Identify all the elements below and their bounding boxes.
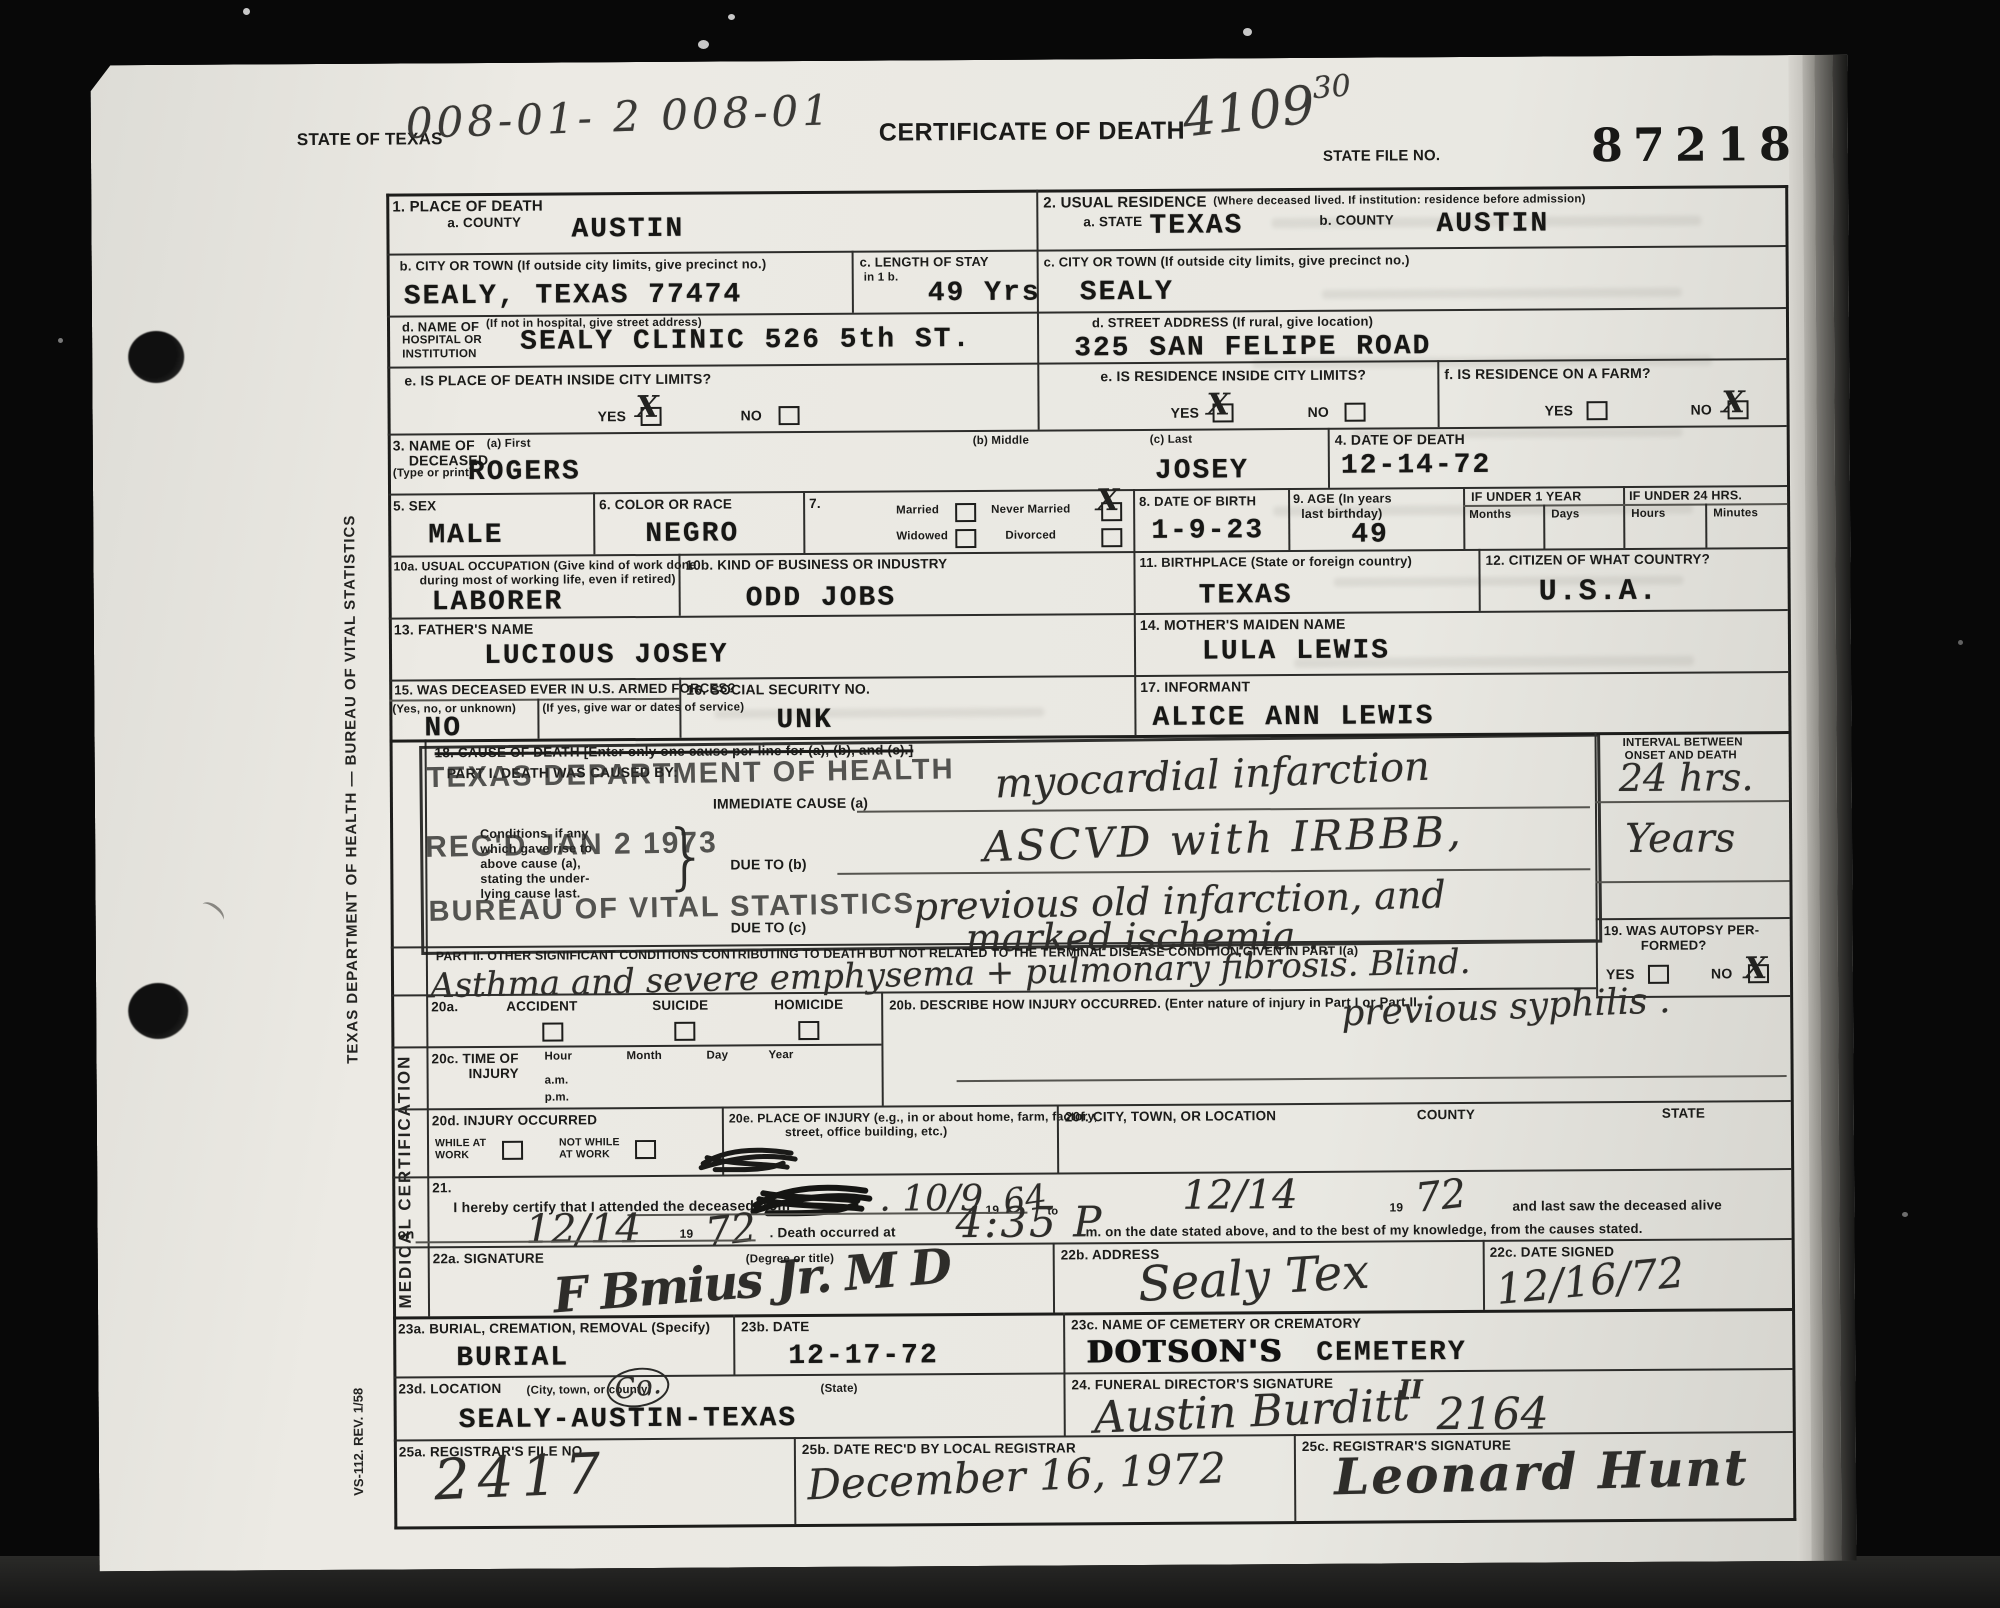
immediate-cause-label: IMMEDIATE CAUSE (a) [713, 795, 868, 812]
residence-city-limits-yes: YES [1171, 405, 1200, 421]
dust-speck [1243, 28, 1252, 36]
death-city-limits-no-checkbox [779, 406, 800, 425]
suicide-checkbox [674, 1022, 695, 1041]
residence-county-label: b. COUNTY [1319, 212, 1394, 227]
burial-date-label: 23b. DATE [741, 1319, 809, 1334]
name-of-deceased-label1: 3. NAME OF [393, 437, 475, 454]
injury-state-label: STATE [1662, 1106, 1705, 1121]
death-occurred-label: . Death occurred at [770, 1224, 896, 1240]
injury-county-label: COUNTY [1417, 1107, 1475, 1122]
residence-county-value: AUSTIN [1436, 208, 1549, 240]
length-of-stay-label: c. LENGTH OF STAY [860, 254, 989, 270]
cemetery-word-value: CEMETERY [1316, 1337, 1467, 1369]
widowed-checkbox [955, 529, 976, 548]
autopsy-no-xmark: X [1744, 951, 1767, 986]
divorced-checkbox [1101, 528, 1122, 547]
middle-name-label: (b) Middle [973, 435, 1029, 447]
county-label: a. COUNTY [447, 215, 521, 230]
residence-state-label: a. STATE [1083, 214, 1142, 229]
location-note2: (State) [820, 1383, 857, 1395]
burial-date-value: 12-17-72 [788, 1340, 939, 1372]
certify-text2: and last saw the deceased alive [1512, 1197, 1722, 1213]
occupation-label2: during most of working life, even if ret… [420, 572, 676, 588]
hole-punch [128, 983, 188, 1039]
crease-mark [198, 898, 228, 926]
race-label: 6. COLOR OR RACE [599, 496, 732, 512]
days-label: Days [1551, 508, 1579, 520]
while-at-work-checkbox [502, 1141, 523, 1160]
not-while-label1: NOT WHILE [559, 1136, 620, 1148]
month-label: Month [626, 1050, 662, 1062]
father-name-label: 13. FATHER'S NAME [394, 621, 534, 638]
death-city-limits-yes-xmark: X [635, 390, 658, 425]
section2-usual-residence-label: 2. USUAL RESIDENCE [1043, 194, 1206, 212]
conditions-note-4: stating the under- [480, 871, 589, 886]
mother-name-label: 14. MOTHER'S MAIDEN NAME [1140, 616, 1346, 633]
residence-city-value: SEALY [1080, 277, 1174, 309]
last-saw-year-handwritten: 72 [1413, 1170, 1469, 1221]
mother-name-value: LULA LEWIS [1202, 635, 1390, 667]
married-checkbox [955, 503, 976, 522]
year-19c: 19 [680, 1227, 694, 1241]
autopsy-yes: YES [1606, 966, 1635, 982]
accident-checkbox [542, 1023, 563, 1042]
autopsy-label1: 19. WAS AUTOPSY PER- [1604, 922, 1760, 938]
signature-label: 22a. SIGNATURE [433, 1251, 544, 1267]
injury-20c-label2: INJURY [469, 1066, 519, 1081]
dust-speck [1958, 640, 1963, 645]
location-value: SEALY-AUSTIN-TEXAS [459, 1403, 798, 1436]
name-of-deceased-label3: (Type or print) [393, 467, 473, 479]
date-of-death-value: 12-14-72 [1341, 450, 1492, 482]
interval-b-handwritten: Years [1625, 815, 1735, 862]
hospital-value: SEALY CLINIC 526 5th ST. [520, 324, 971, 358]
death-city-limits-no: NO [741, 407, 763, 423]
registrar-file-handwritten: 2417 [433, 1441, 610, 1513]
city-or-town-value: SEALY, TEXAS 77474 [404, 279, 743, 312]
sex-value: MALE [428, 520, 503, 551]
first-name-label: (a) First [487, 438, 531, 450]
registrar-codes-handwritten: 008-01- 2 008-01 [405, 85, 834, 148]
residence-city-label: c. CITY OR TOWN (If outside city limits,… [1044, 252, 1410, 269]
address-handwritten: Sealy Tex [1136, 1244, 1370, 1313]
citizen-label: 12. CITIZEN OF WHAT COUNTRY? [1485, 551, 1710, 567]
institution-label: INSTITUTION [402, 348, 476, 360]
dust-speck [698, 40, 709, 49]
state-file-no-label: STATE FILE NO. [1323, 147, 1440, 165]
dust-speck [728, 14, 735, 20]
death-city-limits-label: e. IS PLACE OF DEATH INSIDE CITY LIMITS? [404, 371, 711, 389]
hole-punch [128, 331, 184, 383]
autopsy-label2: FORMED? [1641, 938, 1707, 953]
father-name-value: LUCIOUS JOSEY [484, 639, 729, 671]
never-married-xmark: X [1096, 483, 1119, 518]
pm-label: p.m. [545, 1091, 570, 1103]
due-to-b-label: DUE TO (b) [730, 856, 807, 872]
residence-farm-label: f. IS RESIDENCE ON A FARM? [1444, 365, 1651, 382]
last-name-label: (c) Last [1150, 434, 1193, 446]
burial-label: 23a. BURIAL, CREMATION, REMOVAL (Specify… [398, 1320, 710, 1337]
certify-text3: m. on the date stated above, and to the … [1086, 1221, 1643, 1239]
burial-value: BURIAL [456, 1342, 569, 1374]
not-while-at-work-checkbox [635, 1140, 656, 1159]
divorced-label: Divorced [1005, 529, 1056, 541]
certificate-title: CERTIFICATE OF DEATH [879, 117, 1185, 148]
street-address-value: 325 SAN FELIPE ROAD [1074, 331, 1431, 364]
age-label1: 9. AGE (In years [1293, 491, 1392, 506]
year-19b: 19 [1389, 1200, 1403, 1214]
last-saw-date-handwritten: 12/14 [1182, 1172, 1298, 1219]
autopsy-no: NO [1711, 965, 1733, 981]
industry-value: ODD JOBS [746, 582, 897, 614]
hour-label: Hour [544, 1050, 572, 1062]
armed-forces-label: 15. WAS DECEASED EVER IN U.S. ARMED FORC… [394, 680, 736, 697]
interval-a-handwritten: 24 hrs. [1619, 755, 1754, 800]
scanned-death-certificate: STATE OF TEXAS 008-01- 2 008-01 CERTIFIC… [0, 0, 2000, 1608]
birthplace-label: 11. BIRTHPLACE (State or foreign country… [1139, 553, 1412, 570]
if-under-1-year-label: IF UNDER 1 YEAR [1471, 489, 1582, 504]
am-label: a.m. [545, 1074, 569, 1086]
injury-20d-label: 20d. INJURY OCCURRED [432, 1112, 597, 1128]
residence-farm-no-xmark: X [1721, 385, 1744, 420]
injury-20e-label1: 20e. PLACE OF INJURY (e.g., in or about … [729, 1109, 1098, 1125]
day-label: Day [706, 1050, 728, 1062]
informant-value: ALICE ANN LEWIS [1152, 701, 1434, 734]
degree-or-title-label: (Degree or title) [746, 1253, 834, 1266]
while-at-work-label1: WHILE AT [435, 1137, 486, 1149]
death-city-limits-yes: YES [598, 408, 627, 424]
hospital-or-label: HOSPITAL OR [402, 334, 482, 346]
industry-label: 10b. KIND OF BUSINESS OR INDUSTRY [685, 556, 947, 573]
residence-city-limits-no: NO [1308, 404, 1330, 420]
age-value: 49 [1351, 519, 1389, 550]
dust-speck [1902, 1212, 1908, 1217]
funeral-director-suffix: II [1398, 1375, 1423, 1405]
race-value: NEGRO [645, 518, 739, 550]
state-file-number: 87218 [1591, 117, 1801, 172]
scribble-mark [695, 1139, 805, 1176]
city-or-town-label: b. CITY OR TOWN (If outside city limits,… [400, 256, 767, 273]
homicide-checkbox [798, 1021, 819, 1040]
stamp-line2: REC'D JAN 2 1973 [425, 826, 718, 865]
homicide-label: HOMICIDE [774, 997, 843, 1012]
minutes-label: Minutes [1713, 507, 1758, 519]
injury-20c-label1: 20c. TIME OF [431, 1051, 518, 1067]
file-no-handwritten: 4109 [1180, 75, 1318, 149]
ssn-label: 16. SOCIAL SECURITY NO. [686, 681, 870, 698]
form-code-caption: VS-112. REV. 1/58 [350, 1326, 366, 1496]
year-label: Year [768, 1049, 793, 1061]
registrar-signature-handwritten: Leonard Hunt [1333, 1438, 1749, 1507]
death-time-handwritten: 4:35 P [955, 1197, 1103, 1247]
never-married-label: Never Married [991, 503, 1070, 515]
residence-farm-yes: YES [1545, 402, 1574, 418]
residence-state-value: TEXAS [1149, 210, 1243, 242]
ssn-value: UNK [776, 705, 833, 736]
cemetery-name-stamped: DOTSON'S [1086, 1334, 1283, 1370]
last-name-value: JOSEY [1155, 455, 1249, 487]
dob-value: 1-9-23 [1151, 515, 1264, 547]
married-label: Married [896, 504, 939, 516]
informant-label: 17. INFORMANT [1140, 678, 1250, 695]
due-to-c-label: DUE TO (c) [731, 919, 807, 935]
section2-note: (Where deceased lived. If institution: r… [1213, 193, 1585, 207]
interval-label1: INTERVAL BETWEEN [1623, 736, 1743, 749]
months-label: Months [1469, 509, 1511, 521]
dust-speck [243, 8, 250, 15]
length-of-stay-sub: in 1 b. [864, 271, 899, 283]
residence-city-limits-label: e. IS RESIDENCE INSIDE CITY LIMITS? [1100, 367, 1366, 385]
street-address-label: d. STREET ADDRESS (If rural, give locati… [1092, 314, 1373, 331]
residence-farm-yes-checkbox [1586, 401, 1607, 420]
on-year-handwritten: 72 [703, 1205, 759, 1256]
not-while-label2: AT WORK [559, 1148, 610, 1160]
citizen-value: U.S.A. [1539, 575, 1659, 610]
file-no-handwritten-super: 30 [1311, 68, 1352, 106]
dob-label: 8. DATE OF BIRTH [1139, 493, 1256, 509]
on-label: on [398, 1226, 415, 1241]
injury-20a-label: 20a. [431, 999, 458, 1014]
date-of-death-label: 4. DATE OF DEATH [1335, 431, 1465, 448]
certificate-paper: STATE OF TEXAS 008-01- 2 008-01 CERTIFIC… [90, 55, 1856, 1572]
residence-city-limits-yes-xmark: X [1206, 387, 1229, 422]
section1-place-of-death-label: 1. PLACE OF DEATH [392, 198, 543, 216]
residence-farm-no: NO [1691, 401, 1713, 417]
if-under-24-hrs-label: IF UNDER 24 HRS. [1629, 488, 1742, 503]
length-of-stay-value: 49 Yrs [928, 278, 1041, 310]
left-margin-caption: TEXAS DEPARTMENT OF HEALTH — BUREAU OF V… [340, 344, 361, 1064]
suicide-label: SUICIDE [652, 998, 708, 1013]
first-name-value: ROGERS [468, 456, 581, 488]
cemetery-label: 23c. NAME OF CEMETERY OR CREMATORY [1071, 1316, 1361, 1333]
dust-speck [58, 338, 63, 343]
widowed-label: Widowed [896, 530, 948, 542]
marital-section-label: 7. [809, 496, 821, 511]
while-at-work-label2: WORK [435, 1149, 469, 1161]
hospital-name-label: d. NAME OF [402, 319, 479, 334]
location-label: 23d. LOCATION [398, 1381, 501, 1397]
injury-20e-label2: street, office building, etc.) [785, 1124, 948, 1139]
county-value: AUSTIN [571, 214, 684, 246]
occupation-value: LABORER [432, 587, 564, 619]
armed-forces-note2: (If yes, give war or dates of service) [542, 701, 744, 714]
sex-label: 5. SEX [393, 498, 436, 513]
residence-city-limits-no-checkbox [1345, 403, 1366, 422]
birthplace-value: TEXAS [1199, 580, 1293, 612]
certify-num: 21. [432, 1180, 451, 1195]
hours-label: Hours [1631, 508, 1665, 520]
accident-label: ACCIDENT [506, 998, 577, 1013]
injury-20f-label: 20f. CITY, TOWN, OR LOCATION [1065, 1108, 1276, 1124]
